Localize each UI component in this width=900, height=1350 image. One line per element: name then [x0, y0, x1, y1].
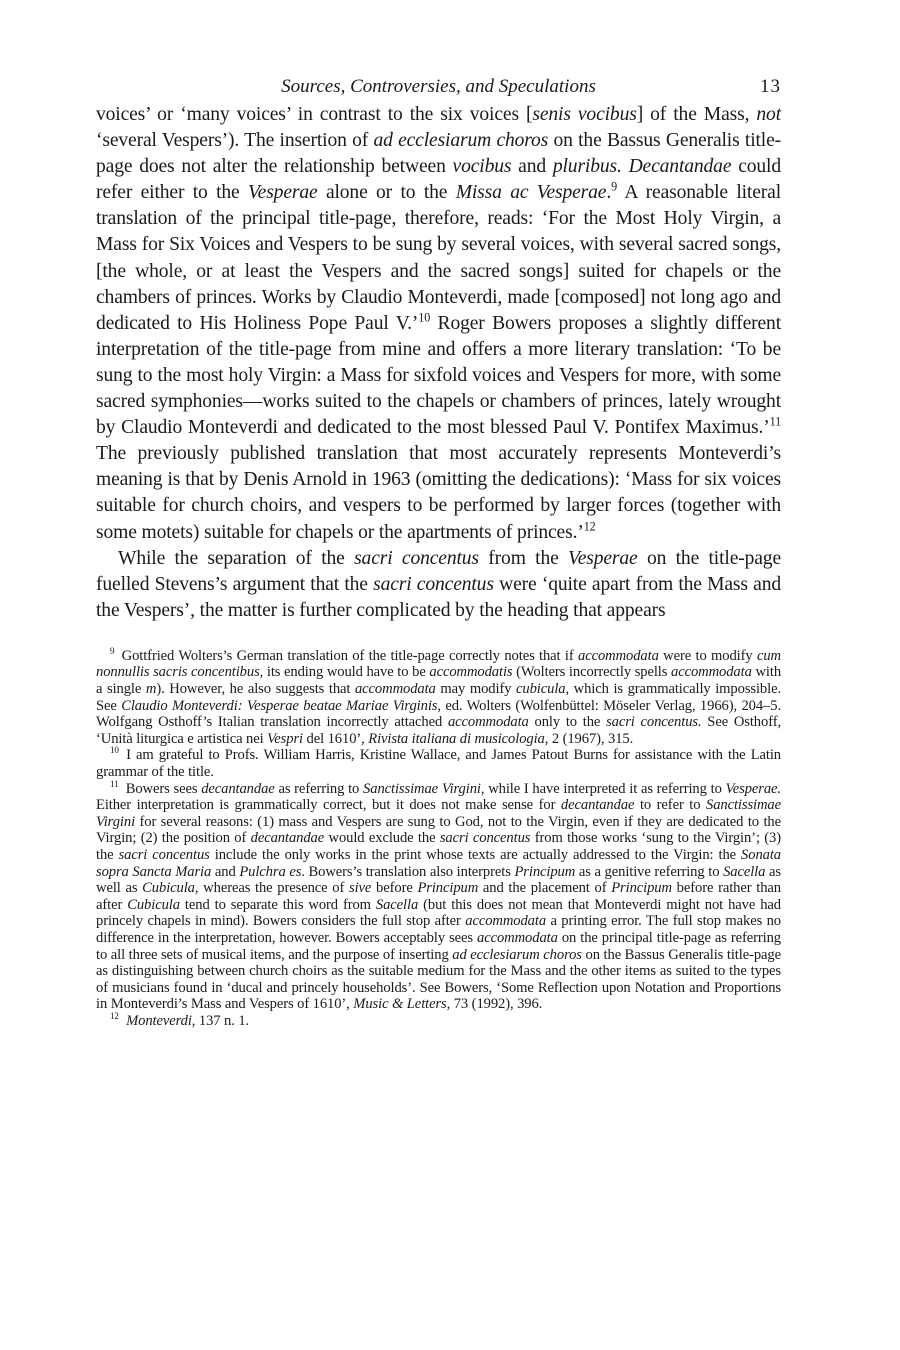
- footnote-ref[interactable]: 11: [770, 415, 781, 429]
- italic-run: Missa ac Vesperae: [456, 182, 607, 203]
- footnotes: 9 Gottfried Wolters’s German translation…: [96, 648, 781, 1030]
- italic-run: Pulchra es: [239, 864, 301, 880]
- italic-run: Claudio Monteverdi: Vesperae beatae Mari…: [121, 698, 437, 714]
- italic-run: sacri concentus: [354, 548, 479, 569]
- italic-run: Sanctissimae Virgini: [363, 781, 481, 797]
- body-paragraph: voices’ or ‘many voices’ in contrast to …: [96, 102, 781, 546]
- italic-run: Rivista italiana di musicologia: [368, 731, 544, 747]
- italic-run: Principum: [611, 880, 672, 896]
- italic-run: accommodata: [465, 913, 546, 929]
- italic-run: accommodatis: [429, 664, 512, 680]
- italic-run: accommodata: [578, 648, 659, 664]
- italic-run: Monteverdi: [126, 1013, 192, 1029]
- italic-run: Cubicula: [142, 880, 195, 896]
- footnote-number: 11: [110, 779, 119, 789]
- body-text: voices’ or ‘many voices’ in contrast to …: [96, 102, 781, 624]
- footnote: 11 Bowers sees decantandae as referring …: [96, 781, 781, 1013]
- page-number: 13: [760, 76, 781, 98]
- italic-run: not: [756, 104, 781, 125]
- italic-run: Vesperae: [568, 548, 638, 569]
- italic-run: Cubicula: [127, 897, 180, 913]
- italic-run: Principum: [514, 864, 575, 880]
- italic-run: sacri concentus.: [606, 714, 701, 730]
- running-head: Sources, Controversies, and Speculations…: [96, 72, 781, 100]
- italic-run: Sanctissimae Virgini: [96, 797, 781, 830]
- footnote-ref[interactable]: 12: [584, 519, 596, 533]
- italic-run: decantandae: [251, 830, 324, 846]
- italic-run: decantandae: [561, 797, 634, 813]
- footnote-ref[interactable]: 9: [611, 180, 617, 194]
- italic-run: Sacella: [723, 864, 765, 880]
- italic-run: pluribus.: [553, 156, 622, 177]
- italic-run: Vespri: [267, 731, 303, 747]
- italic-run: cubicula: [516, 681, 565, 697]
- footnote: 12 Monteverdi, 137 n. 1.: [96, 1013, 781, 1030]
- italic-run: sive: [349, 880, 371, 896]
- italic-run: decantandae: [201, 781, 274, 797]
- footnote-ref[interactable]: 10: [418, 310, 430, 324]
- italic-run: Principum: [417, 880, 478, 896]
- footnote: 10 I am grateful to Profs. William Harri…: [96, 747, 781, 780]
- footnote-number: 12: [110, 1011, 119, 1021]
- italic-run: m: [146, 681, 156, 697]
- italic-run: ad ecclesiarum choros: [373, 130, 548, 151]
- footnote-number: 10: [110, 746, 119, 756]
- italic-run: Vesperae: [248, 182, 318, 203]
- italic-run: sacri concentus: [373, 574, 494, 595]
- italic-run: Music & Letters: [353, 996, 446, 1012]
- footnote-number: 9: [110, 646, 114, 656]
- book-page: Sources, Controversies, and Speculations…: [96, 72, 781, 1030]
- italic-run: accommodata: [355, 681, 436, 697]
- italic-run: vocibus: [453, 156, 512, 177]
- italic-run: ad ecclesiarum choros: [452, 947, 582, 963]
- italic-run: accommodata: [448, 714, 529, 730]
- body-paragraph: While the separation of the sacri concen…: [96, 546, 781, 624]
- footnote: 9 Gottfried Wolters’s German translation…: [96, 648, 781, 748]
- italic-run: Vesperae.: [726, 781, 781, 797]
- italic-run: sacri concentus: [119, 847, 210, 863]
- italic-run: sacri concentus: [440, 830, 531, 846]
- italic-run: accommodata: [477, 930, 558, 946]
- italic-run: Sacella: [376, 897, 418, 913]
- italic-run: Decantandae: [629, 156, 732, 177]
- italic-run: accommodata: [671, 664, 752, 680]
- italic-run: senis vocibus: [532, 104, 636, 125]
- running-title: Sources, Controversies, and Speculations: [96, 76, 781, 98]
